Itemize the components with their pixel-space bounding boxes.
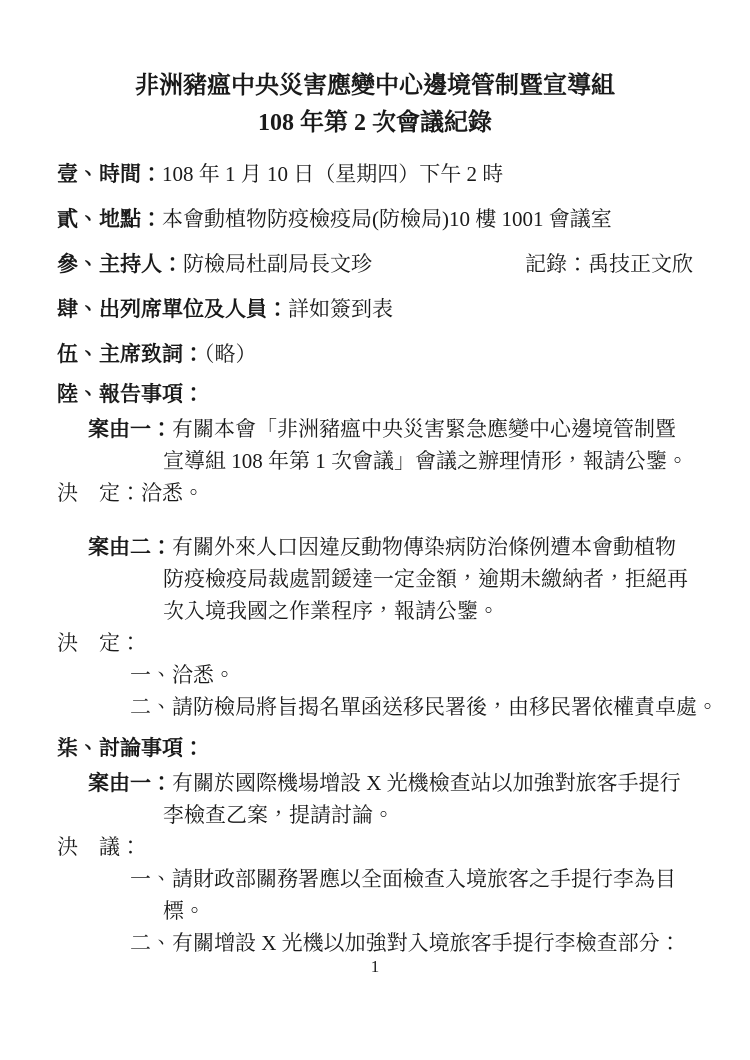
chair-address-line: 伍、主席致詞：（略）	[57, 338, 693, 370]
page-number: 1	[0, 956, 750, 978]
report-case2-decision-item-2: 二、請防檢局將旨揭名單函送移民署後，由移民署依權責卓處。	[57, 691, 693, 723]
report-case2: 案由二：有關外來人口因違反動物傳染病防治條例遭本會動植物防疫檢疫局裁處罰鍰達一定…	[57, 531, 693, 627]
meeting-chair-label: 參、主持人：	[57, 252, 183, 276]
report-case2-decision: 決 定：	[57, 627, 693, 659]
discussion-resolution-item-1: 一、請財政部關務署應以全面檢查入境旅客之手提行李為目標。	[57, 863, 693, 927]
meeting-time-value: 108 年 1 月 10 日（星期四）下午 2 時	[162, 162, 503, 186]
meeting-time-label: 壹、時間：	[57, 162, 162, 186]
document-page: 非洲豬瘟中央災害應變中心邊境管制暨宣導組 108 年第 2 次會議紀錄 壹、時間…	[0, 0, 750, 1060]
meeting-recorder: 記錄：禹技正文欣	[525, 248, 693, 280]
title-line-1: 非洲豬瘟中央災害應變中心邊境管制暨宣導組	[57, 68, 693, 105]
discussion-case1-resolution-label: 決 議：	[57, 835, 141, 859]
report-case1-decision-label: 決 定：	[57, 481, 141, 505]
chair-address-value: （略）	[204, 342, 257, 366]
meeting-attendees-value: 詳如簽到表	[288, 297, 393, 321]
report-case1-text: 有關本會「非洲豬瘟中央災害緊急應變中心邊境管制暨宣導組 108 年第 1 次會議…	[163, 417, 688, 473]
report-case2-text: 有關外來人口因違反動物傳染病防治條例遭本會動植物防疫檢疫局裁處罰鍰達一定金額，逾…	[163, 535, 688, 623]
report-case2-decision-item-1: 一、洽悉。	[57, 659, 693, 691]
report-section-heading: 陸、報告事項：	[57, 378, 693, 410]
meeting-chair-value: 防檢局杜副局長文珍	[183, 252, 372, 276]
meeting-place-value: 本會動植物防疫檢疫局(防檢局)10 樓 1001 會議室	[162, 207, 612, 231]
discussion-case1-text: 有關於國際機場增設 X 光機檢查站以加強對旅客手提行李檢查乙案，提請討論。	[163, 771, 681, 827]
report-case2-label: 案由二：	[88, 535, 172, 559]
report-case1-decision: 決 定：洽悉。	[57, 477, 693, 509]
meeting-recorder-value: 禹技正文欣	[588, 252, 693, 276]
report-case1-label: 案由一：	[88, 417, 172, 441]
meeting-chair: 參、主持人：防檢局杜副局長文珍	[57, 248, 372, 280]
title-line-2: 108 年第 2 次會議紀錄	[57, 105, 693, 142]
meeting-attendees-label: 肆、出列席單位及人員：	[57, 297, 288, 321]
discussion-case1: 案由一：有關於國際機場增設 X 光機檢查站以加強對旅客手提行李檢查乙案，提請討論…	[57, 767, 693, 831]
meeting-recorder-label: 記錄：	[525, 252, 588, 276]
report-case1-decision-value: 洽悉。	[141, 481, 204, 505]
discussion-resolution-item-2: 二、有關增設 X 光機以加強對入境旅客手提行李檢查部分：	[57, 927, 693, 959]
report-case1: 案由一：有關本會「非洲豬瘟中央災害緊急應變中心邊境管制暨宣導組 108 年第 1…	[57, 413, 693, 477]
report-case2-decision-label: 決 定：	[57, 631, 141, 655]
document-title: 非洲豬瘟中央災害應變中心邊境管制暨宣導組 108 年第 2 次會議紀錄	[57, 68, 693, 142]
chair-address-label: 伍、主席致詞：	[57, 342, 204, 366]
discussion-case1-label: 案由一：	[88, 771, 172, 795]
meeting-place-line: 貳、地點：本會動植物防疫檢疫局(防檢局)10 樓 1001 會議室	[57, 203, 693, 235]
meeting-place-label: 貳、地點：	[57, 207, 162, 231]
meeting-time-line: 壹、時間：108 年 1 月 10 日（星期四）下午 2 時	[57, 158, 693, 190]
discussion-section-heading: 柒、討論事項：	[57, 732, 693, 764]
meeting-attendees-line: 肆、出列席單位及人員：詳如簽到表	[57, 293, 693, 325]
meeting-chair-line: 參、主持人：防檢局杜副局長文珍 記錄：禹技正文欣	[57, 248, 693, 280]
discussion-case1-resolution: 決 議：	[57, 831, 693, 863]
